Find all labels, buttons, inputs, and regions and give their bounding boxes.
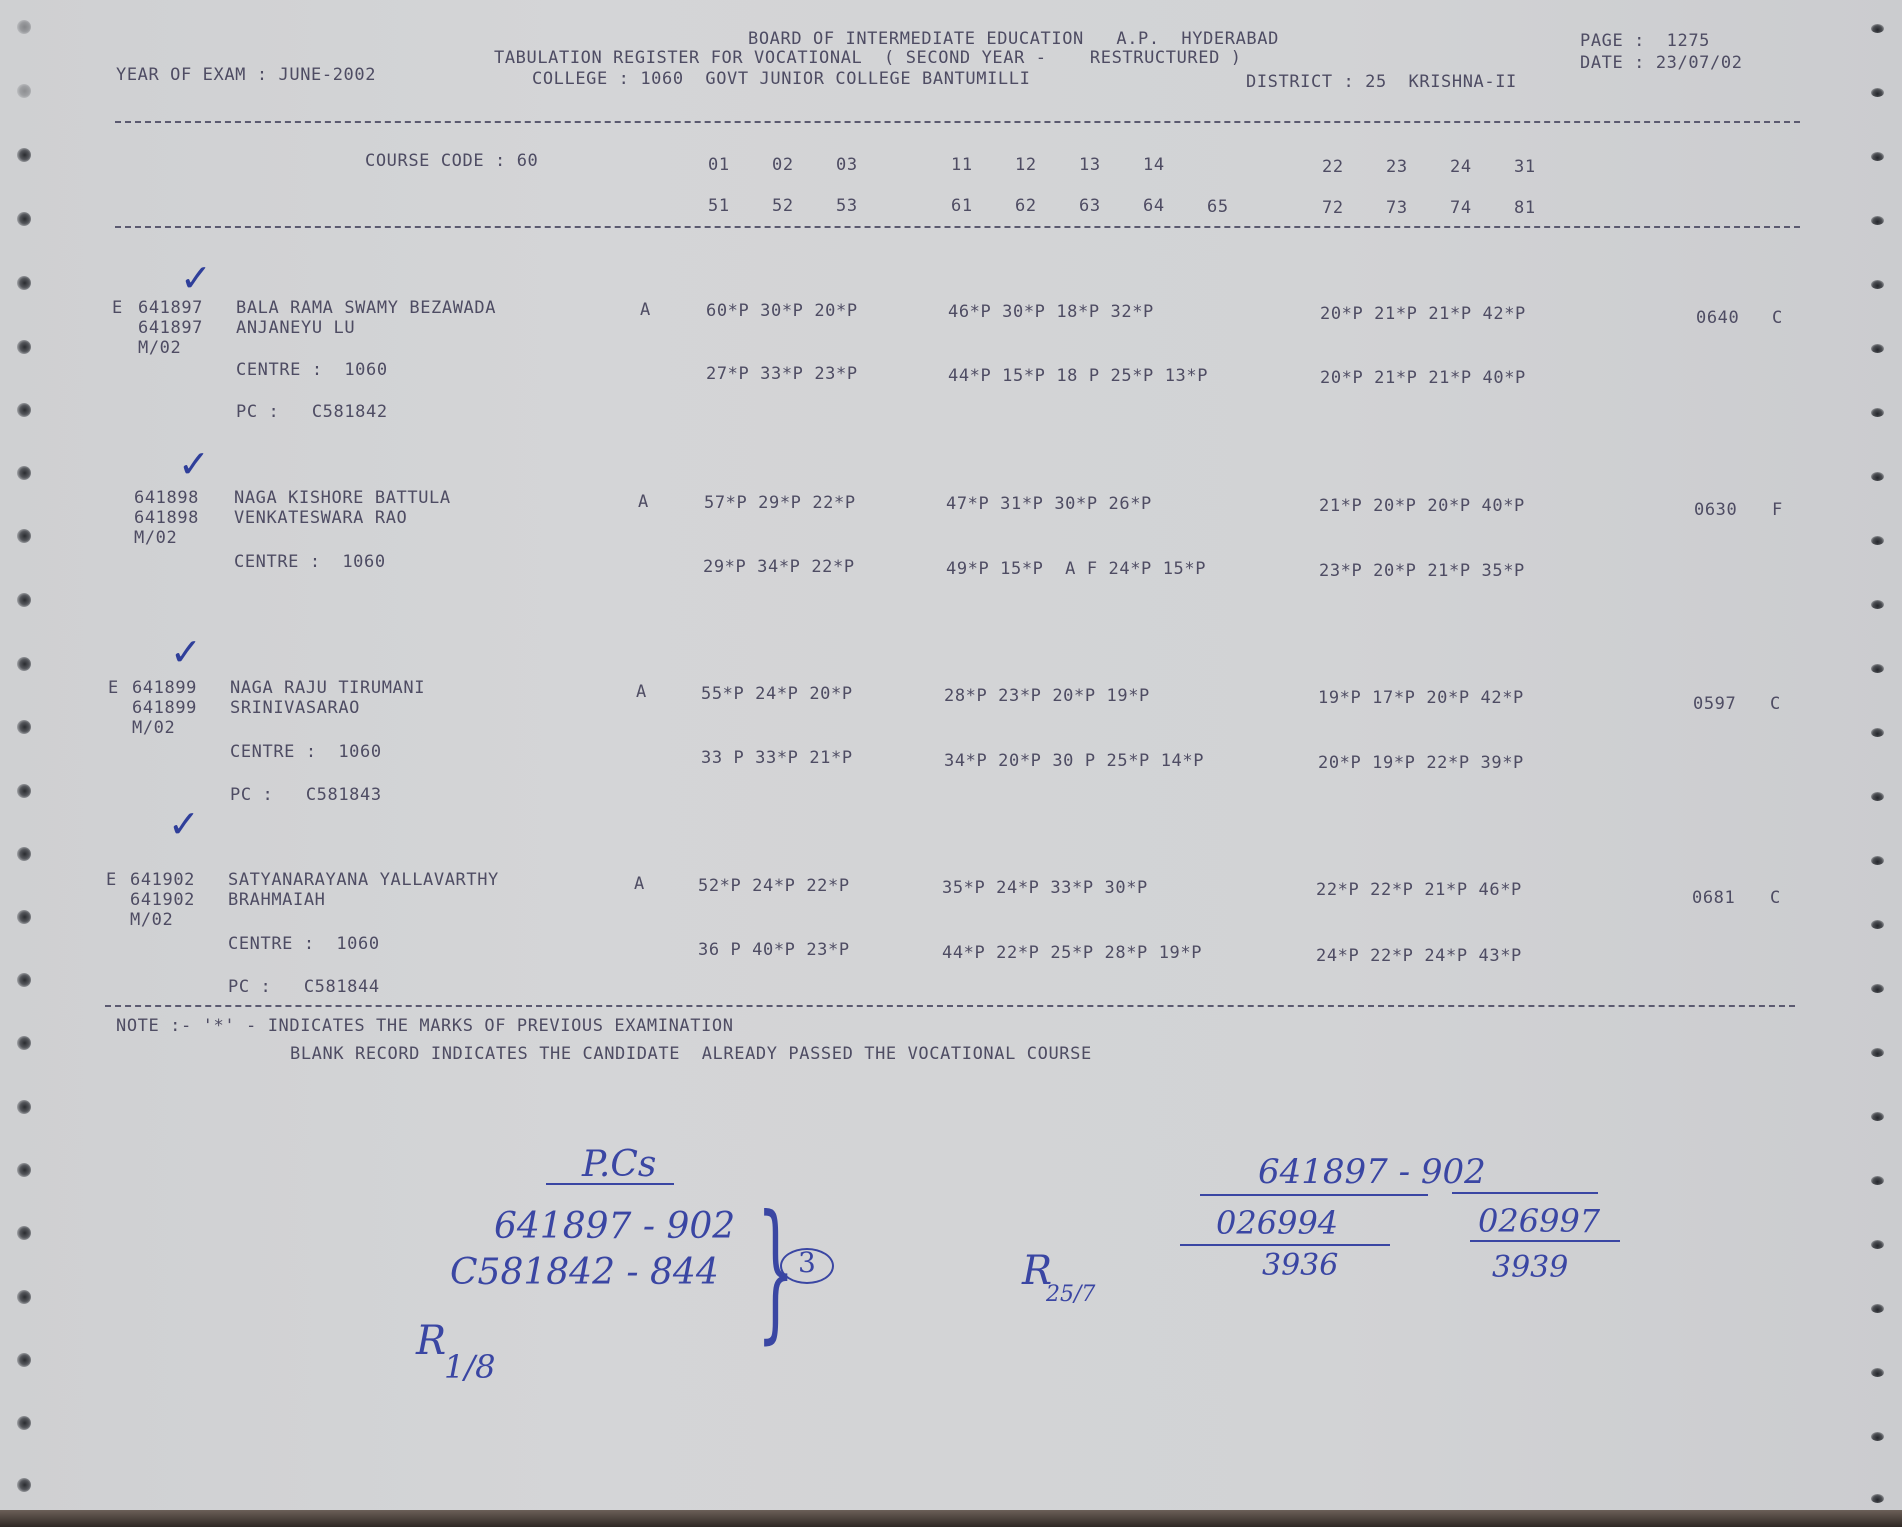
marks-group: 28*P 23*P 20*P 19*P [944,686,1150,706]
marks-group: 20*P 19*P 22*P 39*P [1318,753,1524,773]
feed-hole-icon [17,276,31,290]
hw-title: P.Cs [582,1144,656,1185]
course-code: COURSE CODE : 60 [365,151,538,171]
father-name: ANJANEYU LU [236,318,355,338]
feed-hole-icon [17,1478,31,1492]
subject-code: 31 [1514,157,1536,177]
subject-code: 11 [951,155,973,175]
marks-group: 55*P 24*P 20*P [701,684,853,704]
subject-code: 61 [951,196,973,216]
marks-group: 19*P 17*P 20*P 42*P [1318,688,1524,708]
feed-hole-icon [17,148,31,162]
session: M/02 [132,718,175,738]
pc-number: PC : C581842 [236,402,388,422]
result-class: F [1772,500,1783,520]
feed-hole-icon [1871,216,1884,225]
checkmark-icon: ✓ [168,802,200,846]
total-marks: 0640 [1696,308,1739,328]
note-line-2: BLANK RECORD INDICATES THE CANDIDATE ALR… [290,1044,1092,1064]
hall-ticket: 641897 [138,298,203,318]
feed-hole-icon [17,1036,31,1050]
feed-hole-icon [17,529,31,543]
marks-group: 23*P 20*P 21*P 35*P [1319,561,1525,581]
divider [115,121,1800,123]
subject-code: 53 [836,196,858,216]
feed-hole-icon [1871,664,1884,673]
feed-hole-icon [1871,1304,1884,1313]
marks-group: 60*P 30*P 20*P [706,301,858,321]
feed-hole-icon [1871,280,1884,289]
subject-code: 02 [772,155,794,175]
feed-hole-icon [1871,792,1884,801]
hall-ticket: 641898 [134,488,199,508]
category: A [636,682,647,702]
year-of-exam: YEAR OF EXAM : JUNE-2002 [116,65,376,85]
centre: CENTRE : 1060 [236,360,388,380]
subject-code: 81 [1514,198,1536,218]
marks-group: 36 P 40*P 23*P [698,940,850,960]
feed-hole-icon [17,20,31,34]
feed-hole-icon [17,1100,31,1114]
feed-hole-icon [1871,1176,1884,1185]
hw-date: 1/8 [444,1348,496,1386]
marks-group: 27*P 33*P 23*P [706,364,858,384]
marks-group: 20*P 21*P 21*P 40*P [1320,368,1526,388]
page-number: PAGE : 1275 [1580,31,1710,51]
board-title: BOARD OF INTERMEDIATE EDUCATION A.P. HYD… [748,29,1279,49]
feed-hole-icon [17,212,31,226]
feed-hole-icon [17,84,31,98]
marks-group: 44*P 15*P 18 P 25*P 13*P [948,366,1208,386]
note-line-1: NOTE :- '*' - INDICATES THE MARKS OF PRE… [116,1016,734,1036]
feed-hole-icon [17,910,31,924]
feed-hole-icon [17,973,31,987]
marks-group: 52*P 24*P 22*P [698,876,850,896]
total-marks: 0681 [1692,888,1735,908]
feed-hole-icon [17,720,31,734]
candidate-name: NAGA RAJU TIRUMANI [230,678,425,698]
hw-count: 3 [798,1246,816,1279]
marks-group: 21*P 20*P 20*P 40*P [1319,496,1525,516]
exam-flag: E [112,298,123,318]
subject-code: 52 [772,196,794,216]
feed-hole-icon [1871,152,1884,161]
paper-bottom-edge [0,1510,1902,1527]
feed-hole-icon [1871,88,1884,97]
subject-code: 65 [1207,197,1229,217]
feed-hole-icon [1871,1048,1884,1057]
hw-range-1: 641897 - 902 [494,1206,735,1247]
feed-hole-icon [17,657,31,671]
subject-code: 22 [1322,157,1344,177]
feed-hole-icon [1871,920,1884,929]
session: M/02 [138,338,181,358]
subject-code: 51 [708,196,730,216]
hw-range: 641897 - 902 [1258,1152,1486,1192]
pc-number: PC : C581844 [228,977,380,997]
underline [1180,1244,1390,1246]
feed-hole-icon [17,847,31,861]
category: A [634,874,645,894]
session: M/02 [130,910,173,930]
feed-hole-icon [17,466,31,480]
subject-code: 72 [1322,198,1344,218]
hw-result-b: 3939 [1492,1250,1568,1285]
divider [115,226,1800,228]
hall-ticket: 641899 [132,678,197,698]
register-title: TABULATION REGISTER FOR VOCATIONAL ( SEC… [494,48,1242,68]
underline [1200,1194,1428,1196]
print-date: DATE : 23/07/02 [1580,53,1743,73]
hall-ticket: 641902 [130,870,195,890]
marks-group: 46*P 30*P 18*P 32*P [948,302,1154,322]
divider [105,1005,1795,1007]
result-class: C [1770,694,1781,714]
subject-code: 23 [1386,157,1408,177]
father-name: VENKATESWARA RAO [234,508,407,528]
feed-hole-icon [17,340,31,354]
feed-hole-icon [17,1226,31,1240]
marks-group: 35*P 24*P 33*P 30*P [942,878,1148,898]
feed-hole-icon [17,1416,31,1430]
marks-group: 33 P 33*P 21*P [701,748,853,768]
result-class: C [1770,888,1781,908]
hw-initials: R [416,1318,446,1364]
centre: CENTRE : 1060 [228,934,380,954]
feed-hole-icon [1871,984,1884,993]
feed-hole-icon [1871,1494,1884,1503]
subject-code: 03 [836,155,858,175]
feed-hole-icon [1871,1432,1884,1441]
subject-code: 24 [1450,157,1472,177]
feed-hole-icon [1871,856,1884,865]
feed-hole-icon [17,1290,31,1304]
checkmark-icon: ✓ [178,442,210,486]
centre: CENTRE : 1060 [234,552,386,572]
marks-group: 57*P 29*P 22*P [704,493,856,513]
category: A [640,300,651,320]
underline [546,1183,674,1185]
feed-hole-icon [1871,600,1884,609]
subject-code: 64 [1143,196,1165,216]
marks-group: 47*P 31*P 30*P 26*P [946,494,1152,514]
feed-hole-icon [17,784,31,798]
hw-number-b: 026997 [1478,1202,1600,1240]
marks-group: 49*P 15*P A F 24*P 15*P [946,559,1206,579]
marks-group: 44*P 22*P 25*P 28*P 19*P [942,943,1202,963]
pc-number: PC : C581843 [230,785,382,805]
marks-group: 29*P 34*P 22*P [703,557,855,577]
subject-code: 14 [1143,155,1165,175]
exam-flag: E [108,678,119,698]
feed-hole-icon [17,1163,31,1177]
hall-ticket-2: 641899 [132,698,197,718]
exam-flag: E [106,870,117,890]
feed-hole-icon [1871,728,1884,737]
checkmark-icon: ✓ [180,256,212,300]
subject-code: 13 [1079,155,1101,175]
father-name: SRINIVASARAO [230,698,360,718]
result-class: C [1772,308,1783,328]
district-info: DISTRICT : 25 KRISHNA-II [1246,72,1517,92]
category: A [638,492,649,512]
subject-code: 63 [1079,196,1101,216]
feed-hole-icon [17,403,31,417]
marks-group: 24*P 22*P 24*P 43*P [1316,946,1522,966]
centre: CENTRE : 1060 [230,742,382,762]
feed-hole-icon [1871,24,1884,33]
feed-hole-icon [1871,472,1884,481]
marks-group: 34*P 20*P 30 P 25*P 14*P [944,751,1204,771]
feed-hole-icon [1871,408,1884,417]
college-info: COLLEGE : 1060 GOVT JUNIOR COLLEGE BANTU… [532,69,1030,89]
feed-hole-icon [1871,536,1884,545]
candidate-name: NAGA KISHORE BATTULA [234,488,451,508]
total-marks: 0630 [1694,500,1737,520]
subject-code: 62 [1015,196,1037,216]
marks-group: 20*P 21*P 21*P 42*P [1320,304,1526,324]
subject-code: 74 [1450,198,1472,218]
total-marks: 0597 [1693,694,1736,714]
underline [1452,1192,1598,1194]
feed-hole-icon [17,1353,31,1367]
candidate-name: SATYANARAYANA YALLAVARTHY [228,870,499,890]
feed-hole-icon [1871,1368,1884,1377]
hw-number-a: 026994 [1216,1204,1338,1242]
subject-code: 01 [708,155,730,175]
hall-ticket-2: 641902 [130,890,195,910]
marks-group: 22*P 22*P 21*P 46*P [1316,880,1522,900]
subject-code: 12 [1015,155,1037,175]
hall-ticket-2: 641898 [134,508,199,528]
feed-hole-icon [17,593,31,607]
feed-hole-icon [1871,1112,1884,1121]
feed-hole-icon [1871,344,1884,353]
checkmark-icon: ✓ [170,630,202,674]
hall-ticket-2: 641897 [138,318,203,338]
session: M/02 [134,528,177,548]
subject-code: 73 [1386,198,1408,218]
father-name: BRAHMAIAH [228,890,326,910]
hw-range-2: C581842 - 844 [450,1252,719,1293]
hw-result-a: 3936 [1262,1248,1338,1283]
hw-date: 25/7 [1046,1282,1095,1307]
feed-hole-icon [1871,1240,1884,1249]
candidate-name: BALA RAMA SWAMY BEZAWADA [236,298,496,318]
underline [1470,1240,1620,1242]
